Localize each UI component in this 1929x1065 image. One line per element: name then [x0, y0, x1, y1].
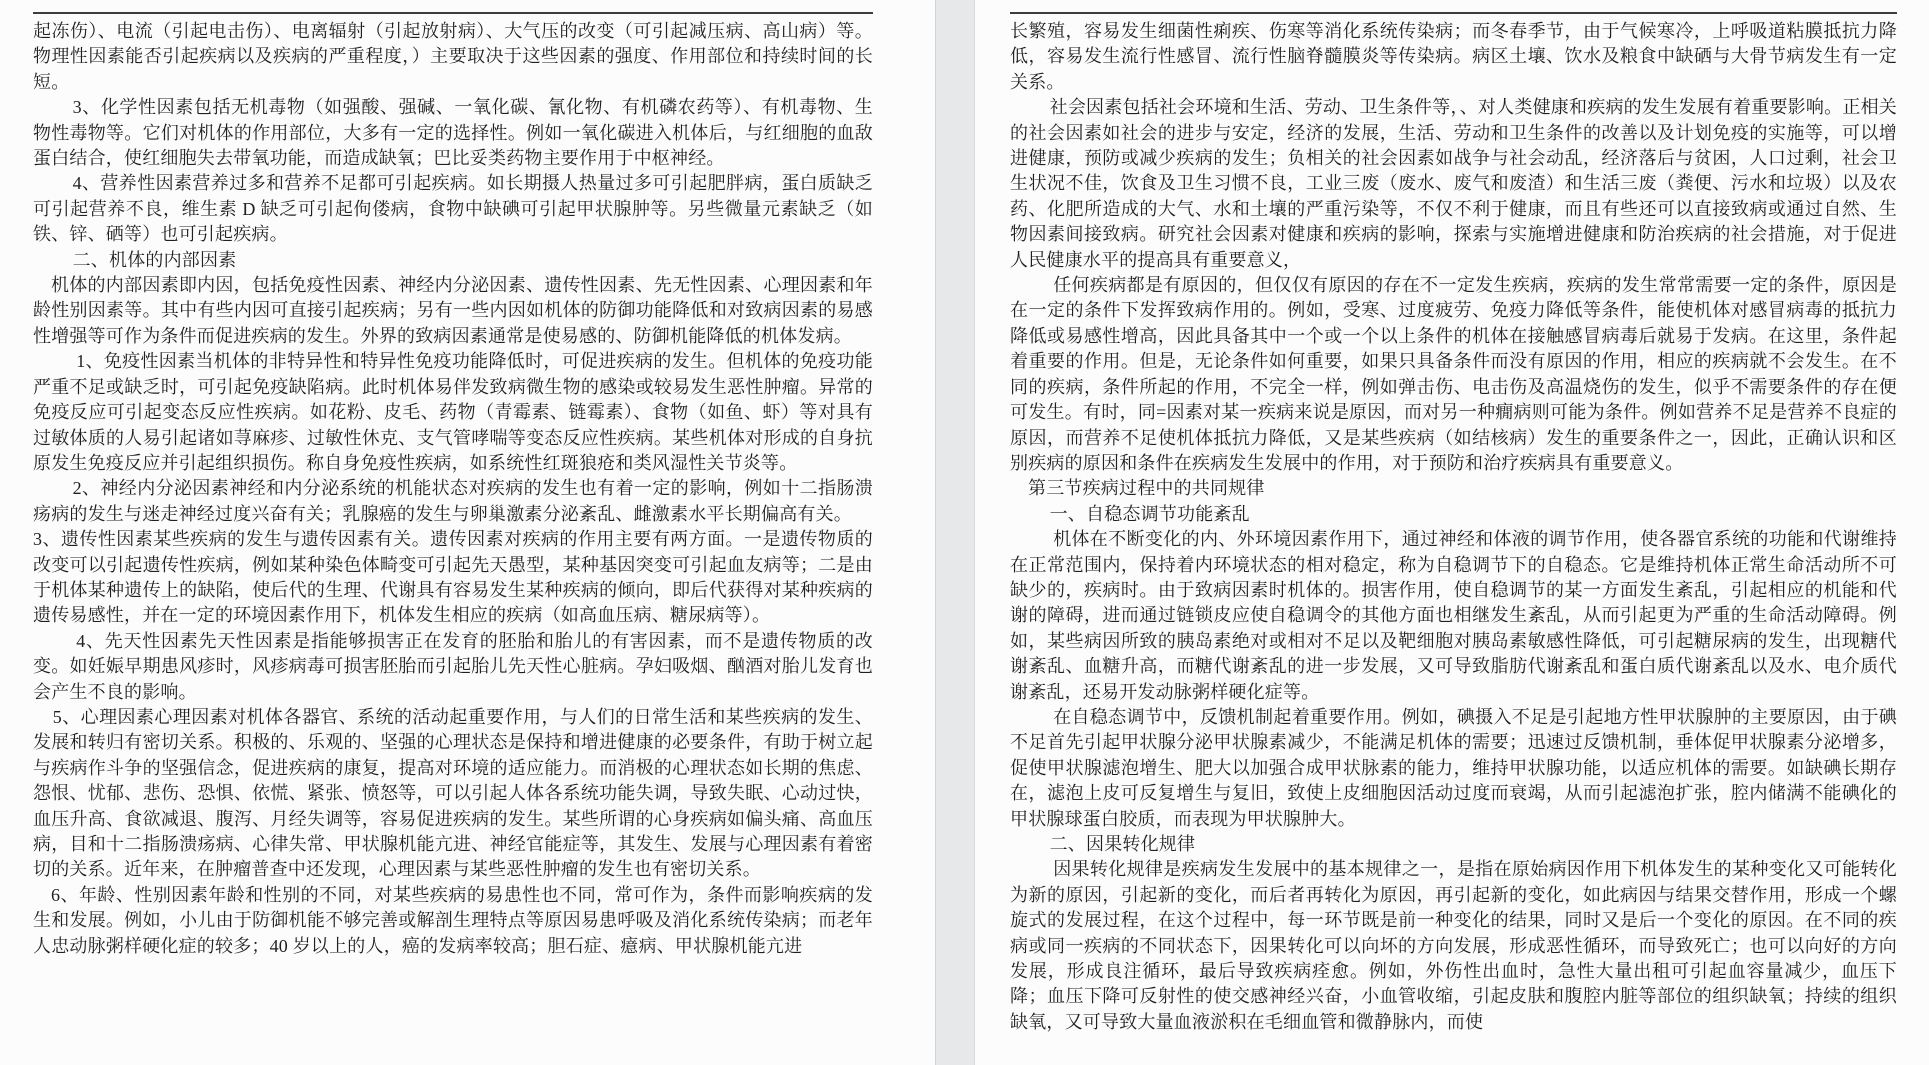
body-paragraph: 长繁殖，容易发生细菌性痢疾、伤寒等消化系统传染病；而冬春季节，由于气候寒冷，上呼… [1010, 19, 1897, 95]
body-paragraph: 机体的内部因素即内因，包括免疫性因素、神经内分泌因素、遗传性因素、先无性因素、心… [33, 273, 873, 349]
right-page-top-rule [1010, 12, 1897, 14]
section-heading: 二、因果转化规律 [1010, 832, 1897, 857]
body-paragraph: 4、先天性因素先天性因素是指能够损害正在发育的胚胎和胎儿的有害因素，而不是遗传物… [33, 629, 873, 705]
section-heading: 二、机体的内部因素 [33, 248, 873, 273]
body-paragraph: 任何疾病都是有原因的，但仅仅有原因的存在不一定发生疾病，疾病的发生常常需要一定的… [1010, 273, 1897, 476]
body-paragraph: 2、神经内分泌因素神经和内分泌系统的机能状态对疾病的发生也有着一定的影响，例如十… [33, 476, 873, 527]
body-paragraph: 5、心理因素心理因素对机体各器官、系统的活动起重要作用，与人们的日常生活和某些疾… [33, 705, 873, 883]
left-page-content: 起冻伤）、电流（引起电击伤）、电离辐射（引起放射病）、大气压的改变（可引起减压病… [33, 12, 873, 959]
page-gutter [935, 0, 975, 1065]
body-paragraph: 机体在不断变化的内、外环境因素作用下，通过神经和体液的调节作用，使各器官系统的功… [1010, 527, 1897, 705]
body-paragraph: 6、年龄、性别因素年龄和性别的不同，对某些疾病的易患性也不同，常可作为，条件而影… [33, 883, 873, 959]
body-paragraph: 因果转化规律是疾病发生发展中的基本规律之一，是指在原始病因作用下机体发生的某种变… [1010, 857, 1897, 1035]
left-page-text-column: 起冻伤）、电流（引起电击伤）、电离辐射（引起放射病）、大气压的改变（可引起减压病… [33, 19, 873, 959]
body-paragraph: 社会因素包括社会环境和生活、劳动、卫生条件等，、对人类健康和疾病的发生发展有着重… [1010, 95, 1897, 273]
right-page: 长繁殖，容易发生细菌性痢疾、伤寒等消化系统传染病；而冬春季节，由于气候寒冷，上呼… [975, 0, 1929, 1065]
left-page: 起冻伤）、电流（引起电击伤）、电离辐射（引起放射病）、大气压的改变（可引起减压病… [0, 0, 935, 1065]
left-page-top-rule [33, 12, 873, 14]
body-paragraph: 起冻伤）、电流（引起电击伤）、电离辐射（引起放射病）、大气压的改变（可引起减压病… [33, 19, 873, 95]
section-heading: 一、自稳态调节功能紊乱 [1010, 502, 1897, 527]
body-paragraph: 3、遗传性因素某些疾病的发生与遗传因素有关。遗传因素对疾病的作用主要有两方面。一… [33, 527, 873, 629]
right-page-content: 长繁殖，容易发生细菌性痢疾、伤寒等消化系统传染病；而冬春季节，由于气候寒冷，上呼… [1010, 12, 1897, 1035]
body-paragraph: 3、化学性因素包括无机毒物（如强酸、强碱、一氧化碳、氰化物、有机磷农药等）、有机… [33, 95, 873, 171]
section-heading: 第三节疾病过程中的共同规律 [1010, 476, 1897, 501]
body-paragraph: 1、免疫性因素当机体的非特异性和特异性免疫功能降低时，可促进疾病的发生。但机体的… [33, 349, 873, 476]
body-paragraph: 在自稳态调节中，反馈机制起着重要作用。例如，碘摄入不足是引起地方性甲状腺肿的主要… [1010, 705, 1897, 832]
book-spread: 起冻伤）、电流（引起电击伤）、电离辐射（引起放射病）、大气压的改变（可引起减压病… [0, 0, 1929, 1065]
right-page-text-column: 长繁殖，容易发生细菌性痢疾、伤寒等消化系统传染病；而冬春季节，由于气候寒冷，上呼… [1010, 19, 1897, 1035]
body-paragraph: 4、营养性因素营养过多和营养不足都可引起疾病。如长期摄人热量过多可引起肥胖病，蛋… [33, 171, 873, 247]
